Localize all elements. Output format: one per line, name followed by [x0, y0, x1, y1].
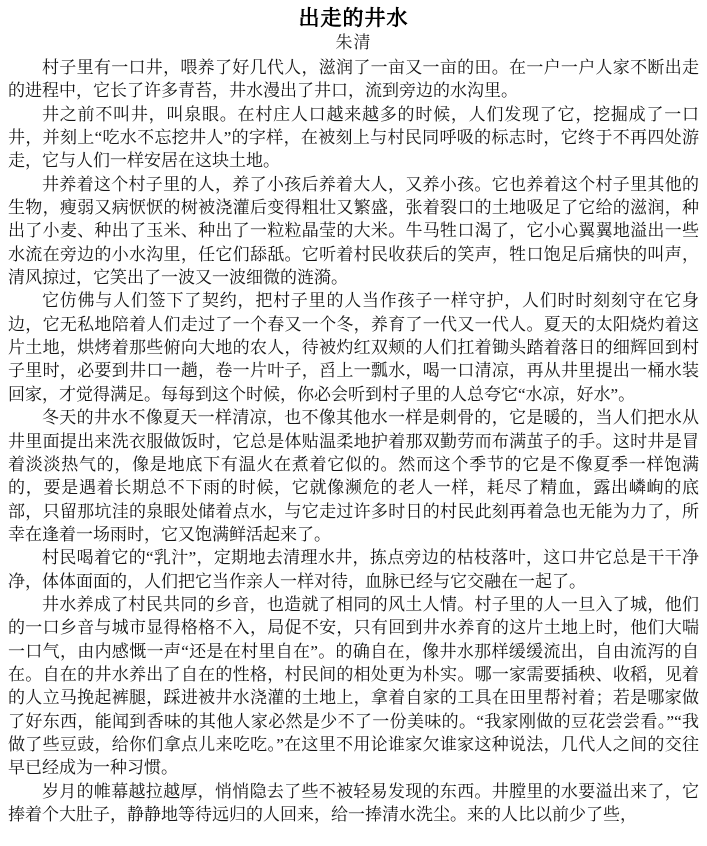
paragraph: 冬天的井水不像夏天一样清凉，也不像其他水一样是刺骨的，它是暖的，当人们把水从井里… [8, 406, 699, 546]
document-body: 村子里有一口井，喂养了好几代人，滋润了一亩又一亩的田。在一户一户人家不断出走的进… [8, 56, 699, 826]
paragraph: 井养着这个村子里的人，养了小孩后养着大人，又养小孩。它也养着这个村子里其他的生物… [8, 173, 699, 290]
paragraph: 井水养成了村民共同的乡音，也造就了相同的风土人情。村子里的人一旦入了城，他们的一… [8, 593, 699, 780]
document-title: 出走的井水 [8, 6, 699, 32]
paragraph: 岁月的帷幕越拉越厚，悄悄隐去了些不被轻易发现的东西。井膛里的水要溢出来了，它捧着… [8, 780, 699, 827]
document-author: 朱清 [8, 32, 699, 54]
paragraph: 村子里有一口井，喂养了好几代人，滋润了一亩又一亩的田。在一户一户人家不断出走的进… [8, 56, 699, 103]
paragraph: 村民喝着它的“乳汁”，定期地去清理水井，拣点旁边的枯枝落叶，这口井它总是干干净净… [8, 546, 699, 593]
document-page: 出走的井水 朱清 村子里有一口井，喂养了好几代人，滋润了一亩又一亩的田。在一户一… [0, 0, 707, 846]
paragraph: 井之前不叫井，叫泉眼。在村庄人口越来越多的时候，人们发现了它，挖掘成了一口井，并… [8, 103, 699, 173]
paragraph: 它仿佛与人们签下了契约，把村子里的人当作孩子一样守护，人们时时刻刻守在它身边，它… [8, 289, 699, 406]
